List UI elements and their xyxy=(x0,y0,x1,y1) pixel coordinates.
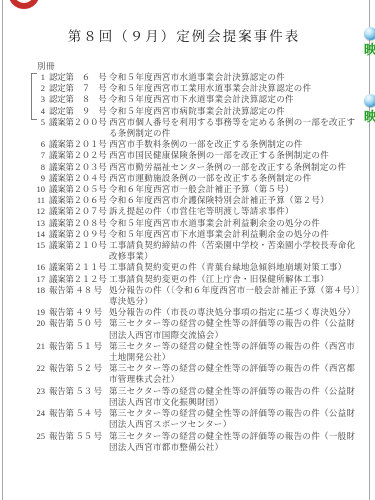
agenda-item-row: 12議案第２０７号訴え提起の件（市営住宅等明渡し等請求事件） xyxy=(30,206,364,217)
item-case-label: 認定第 ８ 号 xyxy=(49,94,109,105)
item-text: 訴え提起の件（市営住宅等明渡し等請求事件） xyxy=(109,206,364,217)
item-case-label: 報告第 ４８ 号 xyxy=(49,285,109,307)
agenda-item-row: 11議案第２０６号令和６年度西宮市介護保険特別会計補正予算（第２号） xyxy=(30,195,364,206)
item-number: 24 xyxy=(30,408,49,430)
agenda-item-row: 22報告第 ５２ 号第三セクター等の経営の健全性等の評価等の報告の件（西宮都市管… xyxy=(30,363,364,385)
agenda-item-row: 8議案第２０３号西宮市勤労福祉センター条例の一部を改正する条例制定の件 xyxy=(30,162,364,173)
item-case-label: 議案第２０６号 xyxy=(49,195,109,206)
item-text: 処分報告の件（市長の専決処分事項の指定に基づく専決処分） xyxy=(109,307,364,318)
item-text: 令和５年度西宮市下水道事業会計決算認定の件 xyxy=(109,94,364,105)
item-number: 3 xyxy=(30,94,49,105)
item-case-label: 議案第２００号 xyxy=(49,117,109,139)
item-text: 第三セクター等の経営の健全性等の評価等の報告の件（西宮市土地開発公社） xyxy=(109,341,364,363)
item-number: 12 xyxy=(30,206,49,217)
item-text: 令和５年度西宮市水道事業会計利益剰余金の処分の件 xyxy=(109,218,364,229)
item-text: 令和６年度西宮市一般会計補正予算（第５号） xyxy=(109,184,364,195)
item-number: 1 xyxy=(30,72,49,83)
item-number: 7 xyxy=(30,150,49,161)
item-case-label: 報告第 ５３ 号 xyxy=(49,386,109,408)
agenda-item-row: 9議案第２０４号西宮市運動施設条例の一部を改正する条例制定の件 xyxy=(30,173,364,184)
agenda-item-row: 25報告第 ５５ 号第三セクター等の経営の健全性等の評価等の報告の件（一般財団法… xyxy=(30,431,364,453)
agenda-item-row: 16議案第２１１号工事請負契約変更の件（青葉台緑地急傾斜地崩壊対策工事） xyxy=(30,262,364,273)
video-icon[interactable]: 映像 xyxy=(364,42,375,57)
page-left-border xyxy=(2,0,3,500)
item-text: 工事請負契約締結の件（苦楽園中学校・苦楽園小学校長寿命化改修事業） xyxy=(109,240,364,262)
agenda-item-row: 23報告第 ５３ 号第三セクター等の経営の健全性等の評価等の報告の件（公益財団法… xyxy=(30,386,364,408)
agenda-item-row: 10議案第２０５号令和６年度西宮市一般会計補正予算（第５号） xyxy=(30,184,364,195)
agenda-item-row: 19報告第 ４９ 号処分報告の件（市長の専決処分事項の指定に基づく専決処分） xyxy=(30,307,364,318)
item-number: 11 xyxy=(30,195,49,206)
viewer-button-bottom[interactable]: 映像 xyxy=(364,94,375,124)
item-text: 西宮市国民健康保険条例の一部を改正する条例制定の件 xyxy=(109,150,364,161)
item-case-label: 報告第 ５０ 号 xyxy=(49,318,109,340)
item-case-label: 報告第 ５２ 号 xyxy=(49,363,109,385)
item-number: 13 xyxy=(30,218,49,229)
attachment-label: 別冊 xyxy=(37,60,55,72)
agenda-item-row: 17議案第２１２号工事請負契約変更の件（江上庁舎・旧保健所解体工事） xyxy=(30,274,364,285)
link-ball-icon[interactable] xyxy=(364,94,375,107)
item-text: 西宮市手数料条例の一部を改正する条例制定の件 xyxy=(109,139,364,150)
agenda-item-row: 1認定第 ６ 号令和５年度西宮市水道事業会計決算認定の件 xyxy=(30,72,364,83)
agenda-item-row: 6議案第２０１号西宮市手数料条例の一部を改正する条例制定の件 xyxy=(30,139,364,150)
item-number: 14 xyxy=(30,229,49,240)
item-number: 5 xyxy=(30,117,49,139)
item-case-label: 議案第２０１号 xyxy=(49,139,109,150)
item-number: 10 xyxy=(30,184,49,195)
agenda-item-row: 13議案第２０８号令和５年度西宮市水道事業会計利益剰余金の処分の件 xyxy=(30,218,364,229)
agenda-item-row: 21報告第 ５１ 号第三セクター等の経営の健全性等の評価等の報告の件（西宮市土地… xyxy=(30,341,364,363)
item-case-label: 報告第 ５１ 号 xyxy=(49,341,109,363)
agenda-item-row: 14議案第２０９号令和５年度西宮市下水道事業会計利益剰余金の処分の件 xyxy=(30,229,364,240)
item-number: 19 xyxy=(30,307,49,318)
city-emblem-logo xyxy=(9,0,39,9)
agenda-item-row: 4認定第 ９ 号令和５年度西宮市病院事業会計決算認定の件 xyxy=(30,106,364,117)
item-number: 18 xyxy=(30,285,49,307)
agenda-item-row: 3認定第 ８ 号令和５年度西宮市下水道事業会計決算認定の件 xyxy=(30,94,364,105)
item-case-label: 議案第２１２号 xyxy=(49,274,109,285)
item-text: 処分報告の件（〔令和６年度西宮市一般会計補正予算（第４号）〕専決処分） xyxy=(109,285,365,307)
item-text: 令和５年度西宮市工業用水道事業会計決算認定の件 xyxy=(109,83,364,94)
item-number: 17 xyxy=(30,274,49,285)
item-number: 23 xyxy=(30,386,49,408)
item-text: 西宮市個人番号を利用する事務等を定める条例の一部を改正する条例制定の件 xyxy=(109,117,364,139)
document-viewer: 第８回（９月）定例会提案事件表 別冊 1認定第 ６ 号令和５年度西宮市水道事業会… xyxy=(0,0,375,500)
item-number: 15 xyxy=(30,240,49,262)
item-text: 第三セクター等の経営の健全性等の評価等の報告の件（公益財団法人西宮市国際交流協会… xyxy=(109,318,364,340)
item-text: 工事請負契約変更の件（江上庁舎・旧保健所解体工事） xyxy=(109,274,364,285)
item-case-label: 議案第２０８号 xyxy=(49,218,109,229)
item-case-label: 議案第２０３号 xyxy=(49,162,109,173)
page-right-border xyxy=(369,0,370,500)
item-text: 第三セクター等の経営の健全性等の評価等の報告の件（公益財団法人西宮スポーツセンタ… xyxy=(109,408,364,430)
agenda-item-row: 5議案第２００号西宮市個人番号を利用する事務等を定める条例の一部を改正する条例制… xyxy=(30,117,364,139)
item-number: 21 xyxy=(30,341,49,363)
item-text: 工事請負契約変更の件（青葉台緑地急傾斜地崩壊対策工事） xyxy=(109,262,364,273)
item-number: 20 xyxy=(30,318,49,340)
item-text: 令和５年度西宮市水道事業会計決算認定の件 xyxy=(109,72,364,83)
item-case-label: 議案第２１１号 xyxy=(49,262,109,273)
item-number: 16 xyxy=(30,262,49,273)
item-case-label: 認定第 ７ 号 xyxy=(49,83,109,94)
item-text: 第三セクター等の経営の健全性等の評価等の報告の件（公益財団法人西宮市文化振興財団… xyxy=(109,386,364,408)
viewer-button-top[interactable]: 映像 xyxy=(364,27,375,57)
item-text: 令和５年度西宮市下水道事業会計利益剰余金の処分の件 xyxy=(109,229,364,240)
agenda-item-row: 7議案第２０２号西宮市国民健康保険条例の一部を改正する条例制定の件 xyxy=(30,150,364,161)
item-number: 22 xyxy=(30,363,49,385)
item-case-label: 報告第 ５５ 号 xyxy=(49,431,109,453)
item-case-label: 報告第 ５４ 号 xyxy=(49,408,109,430)
item-case-label: 議案第２０４号 xyxy=(49,173,109,184)
item-text: 第三セクター等の経営の健全性等の評価等の報告の件（一般財団法人西宮市都市整備公社… xyxy=(109,431,364,453)
item-case-label: 認定第 ６ 号 xyxy=(49,72,109,83)
item-number: 25 xyxy=(30,431,49,453)
item-text: 第三セクター等の経営の健全性等の評価等の報告の件（西宮都市管理株式会社） xyxy=(109,363,364,385)
item-case-label: 認定第 ９ 号 xyxy=(49,106,109,117)
agenda-item-row: 15議案第２１０号工事請負契約締結の件（苦楽園中学校・苦楽園小学校長寿命化改修事… xyxy=(30,240,364,262)
item-case-label: 議案第２０５号 xyxy=(49,184,109,195)
item-case-label: 報告第 ４９ 号 xyxy=(49,307,109,318)
agenda-item-row: 18報告第 ４８ 号処分報告の件（〔令和６年度西宮市一般会計補正予算（第４号）〕… xyxy=(30,285,364,307)
item-case-label: 議案第２０９号 xyxy=(49,229,109,240)
item-text: 令和５年度西宮市病院事業会計決算認定の件 xyxy=(109,106,364,117)
item-number: 6 xyxy=(30,139,49,150)
item-case-label: 議案第２１０号 xyxy=(49,240,109,262)
agenda-item-row: 2認定第 ７ 号令和５年度西宮市工業用水道事業会計決算認定の件 xyxy=(30,83,364,94)
item-case-label: 議案第２０７号 xyxy=(49,206,109,217)
item-case-label: 議案第２０２号 xyxy=(49,150,109,161)
item-text: 令和６年度西宮市介護保険特別会計補正予算（第２号） xyxy=(109,195,364,206)
page-title: 第８回（９月）定例会提案事件表 xyxy=(0,25,368,45)
item-text: 西宮市運動施設条例の一部を改正する条例制定の件 xyxy=(109,173,364,184)
agenda-list: 1認定第 ６ 号令和５年度西宮市水道事業会計決算認定の件2認定第 ７ 号令和５年… xyxy=(30,72,364,453)
video-icon[interactable]: 映像 xyxy=(364,109,375,124)
item-number: 4 xyxy=(30,106,49,117)
item-text: 西宮市勤労福祉センター条例の一部を改正する条例制定の件 xyxy=(109,162,364,173)
item-number: 9 xyxy=(30,173,49,184)
agenda-item-row: 24報告第 ５４ 号第三セクター等の経営の健全性等の評価等の報告の件（公益財団法… xyxy=(30,408,364,430)
agenda-item-row: 20報告第 ５０ 号第三セクター等の経営の健全性等の評価等の報告の件（公益財団法… xyxy=(30,318,364,340)
item-number: 2 xyxy=(30,83,49,94)
item-number: 8 xyxy=(30,162,49,173)
link-ball-icon[interactable] xyxy=(364,27,375,40)
